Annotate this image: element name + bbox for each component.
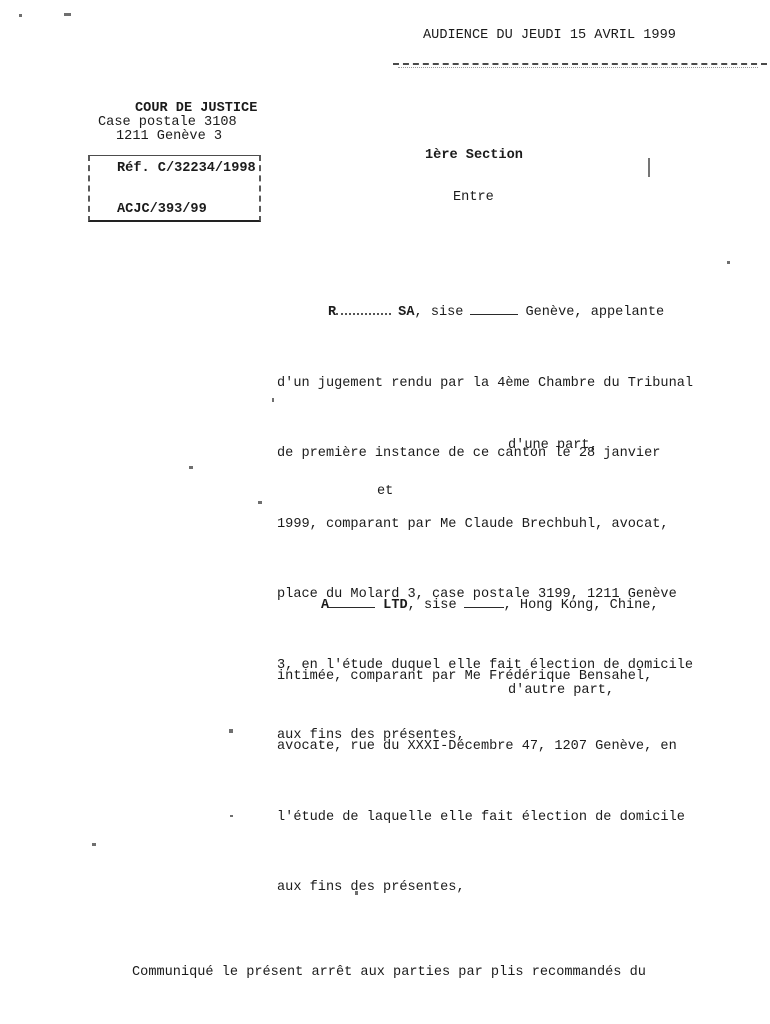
blank-line bbox=[464, 595, 504, 608]
party2-line: l'étude de laquelle elle fait élection d… bbox=[277, 806, 707, 830]
scan-speck bbox=[230, 815, 233, 817]
scan-speck bbox=[64, 13, 71, 16]
party2-line1: ALTD, sise, Hong Kong, Chine, bbox=[277, 594, 707, 618]
scan-speck bbox=[189, 466, 193, 469]
blank-line bbox=[470, 302, 518, 315]
party2-line: aux fins des présentes, bbox=[277, 876, 707, 900]
scan-speck bbox=[19, 14, 22, 17]
court-name: COUR DE JUSTICE bbox=[135, 101, 257, 116]
party1-line: de première instance de ce canton le 28 … bbox=[277, 442, 707, 466]
redacted-name-line bbox=[336, 302, 391, 315]
entre-label: Entre bbox=[453, 190, 494, 205]
header-separator-line bbox=[393, 63, 767, 65]
footer-notice: Communiqué le présent arrêt aux parties … bbox=[132, 965, 646, 980]
party2-name-suffix: LTD bbox=[383, 598, 407, 613]
party1-line: 1999, comparant par Me Claude Brechbuhl,… bbox=[277, 513, 707, 537]
party1-line: d'un jugement rendu par la 4ème Chambre … bbox=[277, 372, 707, 396]
scan-speck bbox=[272, 398, 274, 402]
redacted-name-line bbox=[329, 595, 375, 608]
party2-line: intimée, comparant par Me Frédérique Ben… bbox=[277, 665, 707, 689]
cursor-mark-artifact bbox=[648, 158, 650, 177]
party1-line1-tail: Genève, appelante bbox=[525, 305, 664, 320]
scan-speck bbox=[727, 261, 730, 264]
scan-speck bbox=[258, 501, 262, 504]
scan-speck bbox=[92, 843, 96, 846]
audience-header: AUDIENCE DU JEUDI 15 AVRIL 1999 bbox=[423, 28, 676, 43]
header-separator-line-faint bbox=[398, 67, 758, 68]
party1-line1: RSA, siseGenève, appelante bbox=[277, 301, 707, 325]
case-number: ACJC/393/99 bbox=[117, 202, 207, 217]
party2-closing: d'autre part, bbox=[508, 683, 614, 698]
party2-line1-tail: , Hong Kong, Chine, bbox=[504, 598, 659, 613]
scanned-court-document-page: AUDIENCE DU JEUDI 15 AVRIL 1999 COUR DE … bbox=[0, 0, 770, 1024]
party1-name-suffix: SA bbox=[398, 305, 414, 320]
ref-number: Réf. C/32234/1998 bbox=[117, 161, 256, 176]
party1-name-initial: R bbox=[328, 305, 336, 320]
party2-line: avocate, rue du XXXI-Décembre 47, 1207 G… bbox=[277, 735, 707, 759]
scan-speck bbox=[229, 729, 233, 733]
section-title: 1ère Section bbox=[425, 148, 523, 163]
party1-closing: d'une part, bbox=[508, 438, 598, 453]
party1-line1-mid: , sise bbox=[415, 305, 464, 320]
party2-line1-mid: , sise bbox=[408, 598, 457, 613]
conjunction-et: et bbox=[377, 484, 393, 499]
party2-paragraph: ALTD, sise, Hong Kong, Chine, intimée, c… bbox=[277, 547, 707, 947]
scan-speck bbox=[355, 891, 358, 895]
court-address-line1: Case postale 3108 bbox=[98, 115, 237, 130]
party2-name-initial: A bbox=[321, 598, 329, 613]
court-address-line2: 1211 Genève 3 bbox=[116, 129, 222, 144]
